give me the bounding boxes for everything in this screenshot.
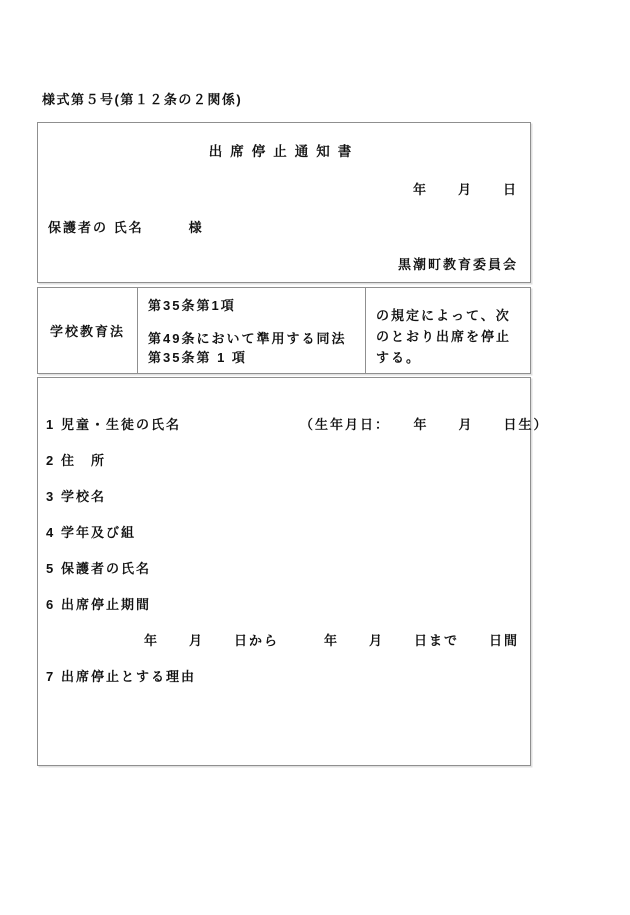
birthdate-note: （生年月日： 年 月 日生） (300, 416, 549, 434)
provision-line: 第35条第1項 (148, 296, 359, 315)
law-name-cell: 学校教育法 (38, 288, 138, 373)
detail-item-6: 6 出席停止期間 (46, 596, 522, 614)
item-number: 2 (46, 452, 61, 470)
document-page: 様式第５号(第１２条の２関係) 出席停止通知書 年 月 日 保護者の 氏名 様 … (0, 0, 630, 915)
suspension-period-line: 年 月 日から 年 月 日まで 日間 (46, 632, 522, 650)
legal-reference-table: 学校教育法 第35条第1項 第49条において準用する同法 第35条第 1 項 の… (37, 287, 531, 374)
document-title: 出席停止通知書 (38, 140, 530, 160)
issuer-line: 黒潮町教育委員会 (38, 254, 530, 273)
item-label: 出席停止期間 (61, 596, 151, 614)
item-number: 4 (46, 524, 61, 542)
date-line: 年 月 日 (38, 179, 530, 198)
provision-line: 第35条第 1 項 (148, 348, 359, 367)
detail-item-4: 4 学年及び組 (46, 524, 522, 542)
item-label: 出席停止とする理由 (61, 668, 196, 686)
item-number: 1 (46, 416, 61, 434)
item-label: 学年及び組 (61, 524, 136, 542)
detail-item-3: 3 学校名 (46, 488, 522, 506)
detail-item-1: 1 児童・生徒の氏名 （生年月日： 年 月 日生） (46, 416, 522, 434)
item-number: 6 (46, 596, 61, 614)
item-label: 学校名 (61, 488, 106, 506)
form-number-label: 様式第５号(第１２条の２関係) (42, 89, 242, 108)
detail-item-7: 7 出席停止とする理由 (46, 668, 522, 686)
effect-cell: の規定によって、次のとおり出席を停止する。 (366, 288, 530, 373)
item-label: 保護者の氏名 (61, 560, 151, 578)
provisions-cell: 第35条第1項 第49条において準用する同法 第35条第 1 項 (138, 288, 366, 373)
notice-header-box: 出席停止通知書 年 月 日 保護者の 氏名 様 黒潮町教育委員会 (37, 122, 531, 283)
addressee-line: 保護者の 氏名 様 (38, 217, 530, 236)
item-number: 3 (46, 488, 61, 506)
item-label: 児童・生徒の氏名 (61, 416, 181, 434)
item-number: 7 (46, 668, 61, 686)
item-label: 住 所 (61, 452, 106, 470)
details-box: 1 児童・生徒の氏名 （生年月日： 年 月 日生） 2 住 所 3 学校名 4 … (37, 377, 531, 766)
item-number: 5 (46, 560, 61, 578)
provision-line: 第49条において準用する同法 (148, 329, 359, 348)
detail-item-2: 2 住 所 (46, 452, 522, 470)
detail-item-5: 5 保護者の氏名 (46, 560, 522, 578)
